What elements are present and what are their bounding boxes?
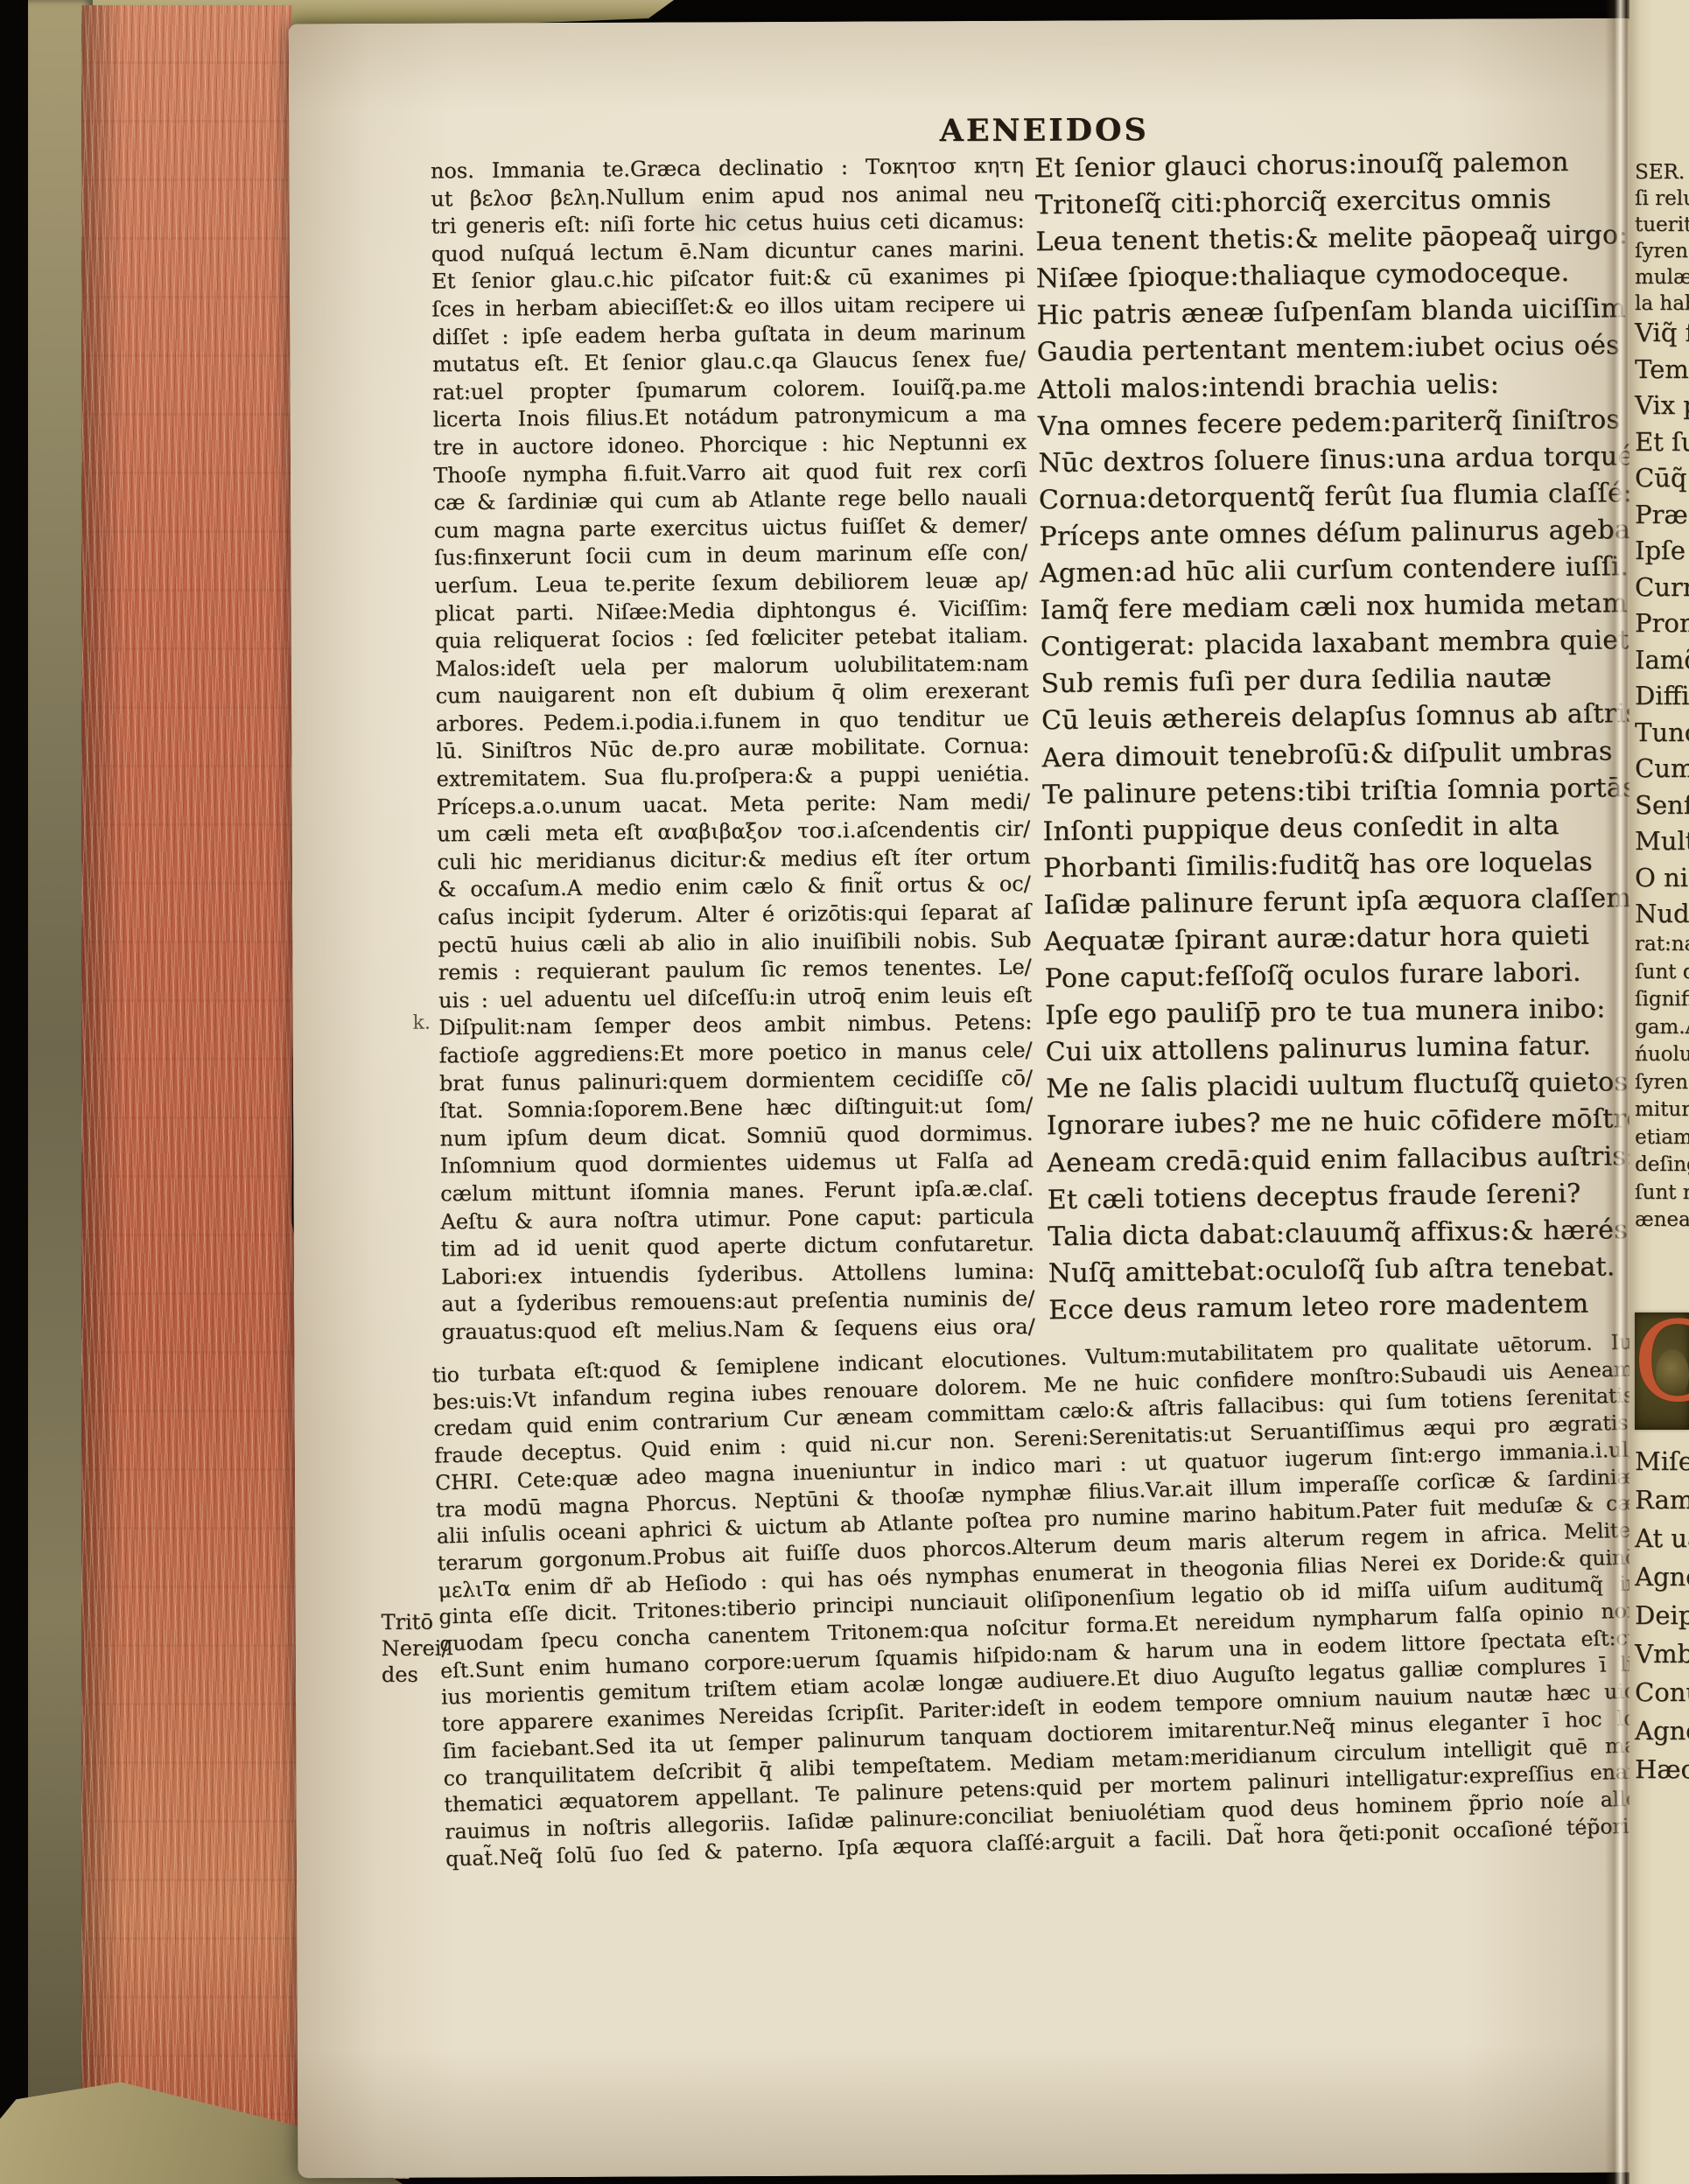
next-page-verse-group: Viq̃ ſoTempoVix prEt ſupeCūq̃ guPræcipIp… [1635, 315, 1689, 933]
next-page-text-fragment: Difficile [1635, 678, 1689, 715]
next-page-text-fragment: rat:nam [1635, 931, 1689, 959]
next-page-commentary-group: rat:namſunt quſignificagam.A pńuoluitſyr… [1635, 931, 1689, 1235]
commentary-line: grauatus:quod eſt melius.Nam & ſequens e… [441, 1313, 1034, 1347]
next-page-text-fragment: ſignifica [1635, 986, 1689, 1014]
next-page-text-fragment: Tunc ra [1635, 715, 1689, 752]
verse-line: Ignorare iubes? me ne huic cōfidere mōſt… [1046, 1102, 1630, 1145]
next-page-text-fragment: ſi reluct. [1635, 185, 1689, 212]
margin-note: TritōNerei/des [382, 1608, 478, 1687]
next-page-text-fragment: Hæc u [1635, 1750, 1689, 1788]
next-page-text-fragment: ſunt qu [1635, 959, 1689, 987]
next-page-text-fragment: gam.A p [1635, 1014, 1689, 1042]
next-page-commentary-group: SER.ſi reluct.tuerit.ſyrenes ſmulæ fila … [1635, 159, 1689, 317]
next-page-text-fragment: Currit i [1635, 570, 1689, 606]
next-page-text-fragment: Et ſupe [1635, 424, 1689, 461]
verse-line: Cū leuis æthereis delapſus ſomnus ab aſt… [1041, 696, 1626, 740]
next-page-text-fragment: Præcip [1635, 497, 1689, 534]
next-page-text-fragment: deſingu [1635, 1151, 1689, 1179]
verse-column: Et ſenior glauci chorus:inouſq̃ palemonT… [1034, 143, 1633, 1329]
next-page-verse-group: MiſenūRamūAt uateAgnoſcDeiphoVmbraConueA… [1635, 1442, 1689, 1788]
next-page-text-fragment: Tempo [1635, 352, 1689, 388]
next-page-text-fragment: Conue [1635, 1673, 1689, 1711]
next-page-text-fragment: Cūq̃ gu [1635, 460, 1689, 497]
next-page-text-fragment: At uate [1635, 1519, 1689, 1557]
next-page-text-fragment: ſyrenes ſ [1635, 238, 1689, 264]
next-page-text-fragment: Cum pa [1635, 751, 1689, 787]
commentary-column: nos. Immania te.Græca declinatio : Τοκητ… [431, 152, 1035, 1347]
next-page-text-fragment: Agnoſc [1635, 1711, 1689, 1750]
verse-line: Gaudia pertentant mentem:iubet ocius oés [1037, 328, 1622, 372]
next-page-text-fragment: etiam an [1635, 1124, 1689, 1152]
next-page-text-fragment: Miſenū [1635, 1442, 1689, 1480]
next-page-text-fragment: Promiſ [1635, 605, 1689, 642]
next-page-text-fragment: Nudu [1635, 896, 1689, 933]
next-page-text-fragment: Ramū [1635, 1480, 1689, 1519]
book-page: AENEIDOS nos. Immania te.Græca declinati… [289, 18, 1653, 2179]
next-page-text-fragment: Deipho [1635, 1596, 1689, 1634]
next-page-text-fragment: ſyrenas ſ [1635, 1069, 1689, 1097]
next-page-text-fragment: æneas te [1635, 1207, 1689, 1235]
margin-note-line: Tritō [382, 1608, 478, 1634]
next-page-text-fragment: Viq̃ ſo [1635, 315, 1689, 352]
next-page-text-fragment: Multa [1635, 823, 1689, 860]
bottom-commentary-block: tio turbata eſt:quod & ſemiplene indican… [431, 1328, 1646, 1872]
illuminated-initial: C [1635, 1312, 1689, 1430]
verse-line: Ecce deus ramum leteo rore madentem [1048, 1285, 1633, 1329]
next-page-sliver: SER.ſi reluct.tuerit.ſyrenes ſmulæ fila … [1629, 0, 1689, 2184]
margin-note-line: des [382, 1661, 478, 1687]
next-page-text-fragment: la habita [1635, 290, 1689, 317]
next-page-text-fragment: Agnoſc [1635, 1557, 1689, 1596]
running-title: AENEIDOS [869, 112, 1219, 150]
next-page-text-fragment: tuerit. [1635, 212, 1689, 238]
next-page-text-fragment: Vmbra [1635, 1634, 1689, 1673]
book-photograph: AENEIDOS nos. Immania te.Græca declinati… [0, 0, 1689, 2184]
next-page-text-fragment: SER. [1635, 159, 1689, 185]
next-page-text-fragment: mitur ut [1635, 1096, 1689, 1124]
initial-letter-C: C [1635, 1312, 1689, 1421]
next-page-text-fragment: O nim [1635, 860, 1689, 897]
next-page-text-fragment: Ipſe uol [1635, 533, 1689, 570]
margin-note-line: Nerei/ [382, 1634, 478, 1661]
next-page-text-fragment: Senſit:& [1635, 787, 1689, 824]
next-page-text-fragment: mulæ fi [1635, 264, 1689, 290]
margin-mark: k. [413, 1012, 431, 1034]
next-page-text-fragment: ſunt ne i [1635, 1179, 1689, 1207]
next-page-text-fragment: ńuoluit [1635, 1041, 1689, 1069]
next-page-text-fragment: Vix pr [1635, 388, 1689, 424]
next-page-text-fragment: Iamq̃ a [1635, 642, 1689, 679]
